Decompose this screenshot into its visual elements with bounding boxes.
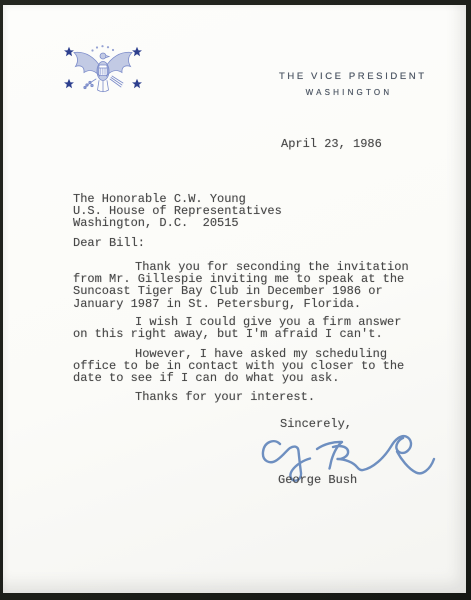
body-line: on this right away, but I'm afraid I can… — [73, 328, 401, 340]
body-paragraph-4: Thanks for your interest. — [73, 391, 315, 403]
body-line: January 1987 in St. Petersburg, Florida. — [73, 298, 409, 310]
body-paragraph-3: However, I have asked my scheduling offi… — [73, 348, 404, 385]
body-line: Suncoast Tiger Bay Club in December 1986… — [73, 285, 409, 297]
letterhead-subtitle: WASHINGTON — [279, 88, 419, 97]
salutation: Dear Bill: — [73, 237, 145, 249]
body-line: date to see if I can do what you ask. — [73, 372, 404, 384]
letterhead: THE VICE PRESIDENT WASHINGTON — [279, 71, 419, 97]
date-line: April 23, 1986 — [281, 138, 382, 150]
body-paragraph-2: I wish I could give you a firm answer on… — [73, 316, 401, 340]
typed-signature-name: George Bush — [278, 474, 357, 486]
seal-eagle — [74, 45, 132, 92]
letter-paper: THE VICE PRESIDENT WASHINGTON April 23, … — [3, 5, 466, 593]
body-paragraph-1: Thank you for seconding the invitation f… — [73, 261, 409, 310]
recipient-address: The Honorable C.W. Young U.S. House of R… — [73, 193, 282, 230]
letterhead-title: THE VICE PRESIDENT — [279, 71, 419, 82]
recipient-line-3: Washington, D.C. 20515 — [73, 217, 282, 229]
vice-president-seal-icon — [58, 43, 153, 98]
scanned-letter: THE VICE PRESIDENT WASHINGTON April 23, … — [0, 0, 471, 600]
body-line: Thanks for your interest. — [73, 391, 315, 403]
